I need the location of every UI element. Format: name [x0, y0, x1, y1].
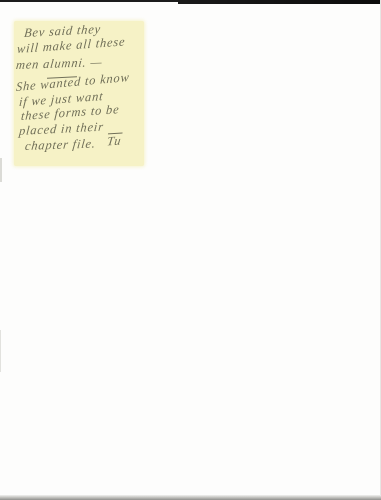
scan-smudge [0, 158, 2, 182]
signature-initials: Tu [106, 134, 122, 150]
handwritten-line: chapter file. [24, 136, 96, 154]
scan-edge-bottom [0, 495, 381, 500]
scan-edge-top-right [178, 0, 381, 4]
scanned-page: Bev said they will make all these men al… [0, 0, 381, 500]
sticky-note: Bev said they will make all these men al… [14, 21, 144, 166]
handwritten-line: men alumni. — [15, 55, 103, 73]
scan-smudge [0, 330, 1, 372]
